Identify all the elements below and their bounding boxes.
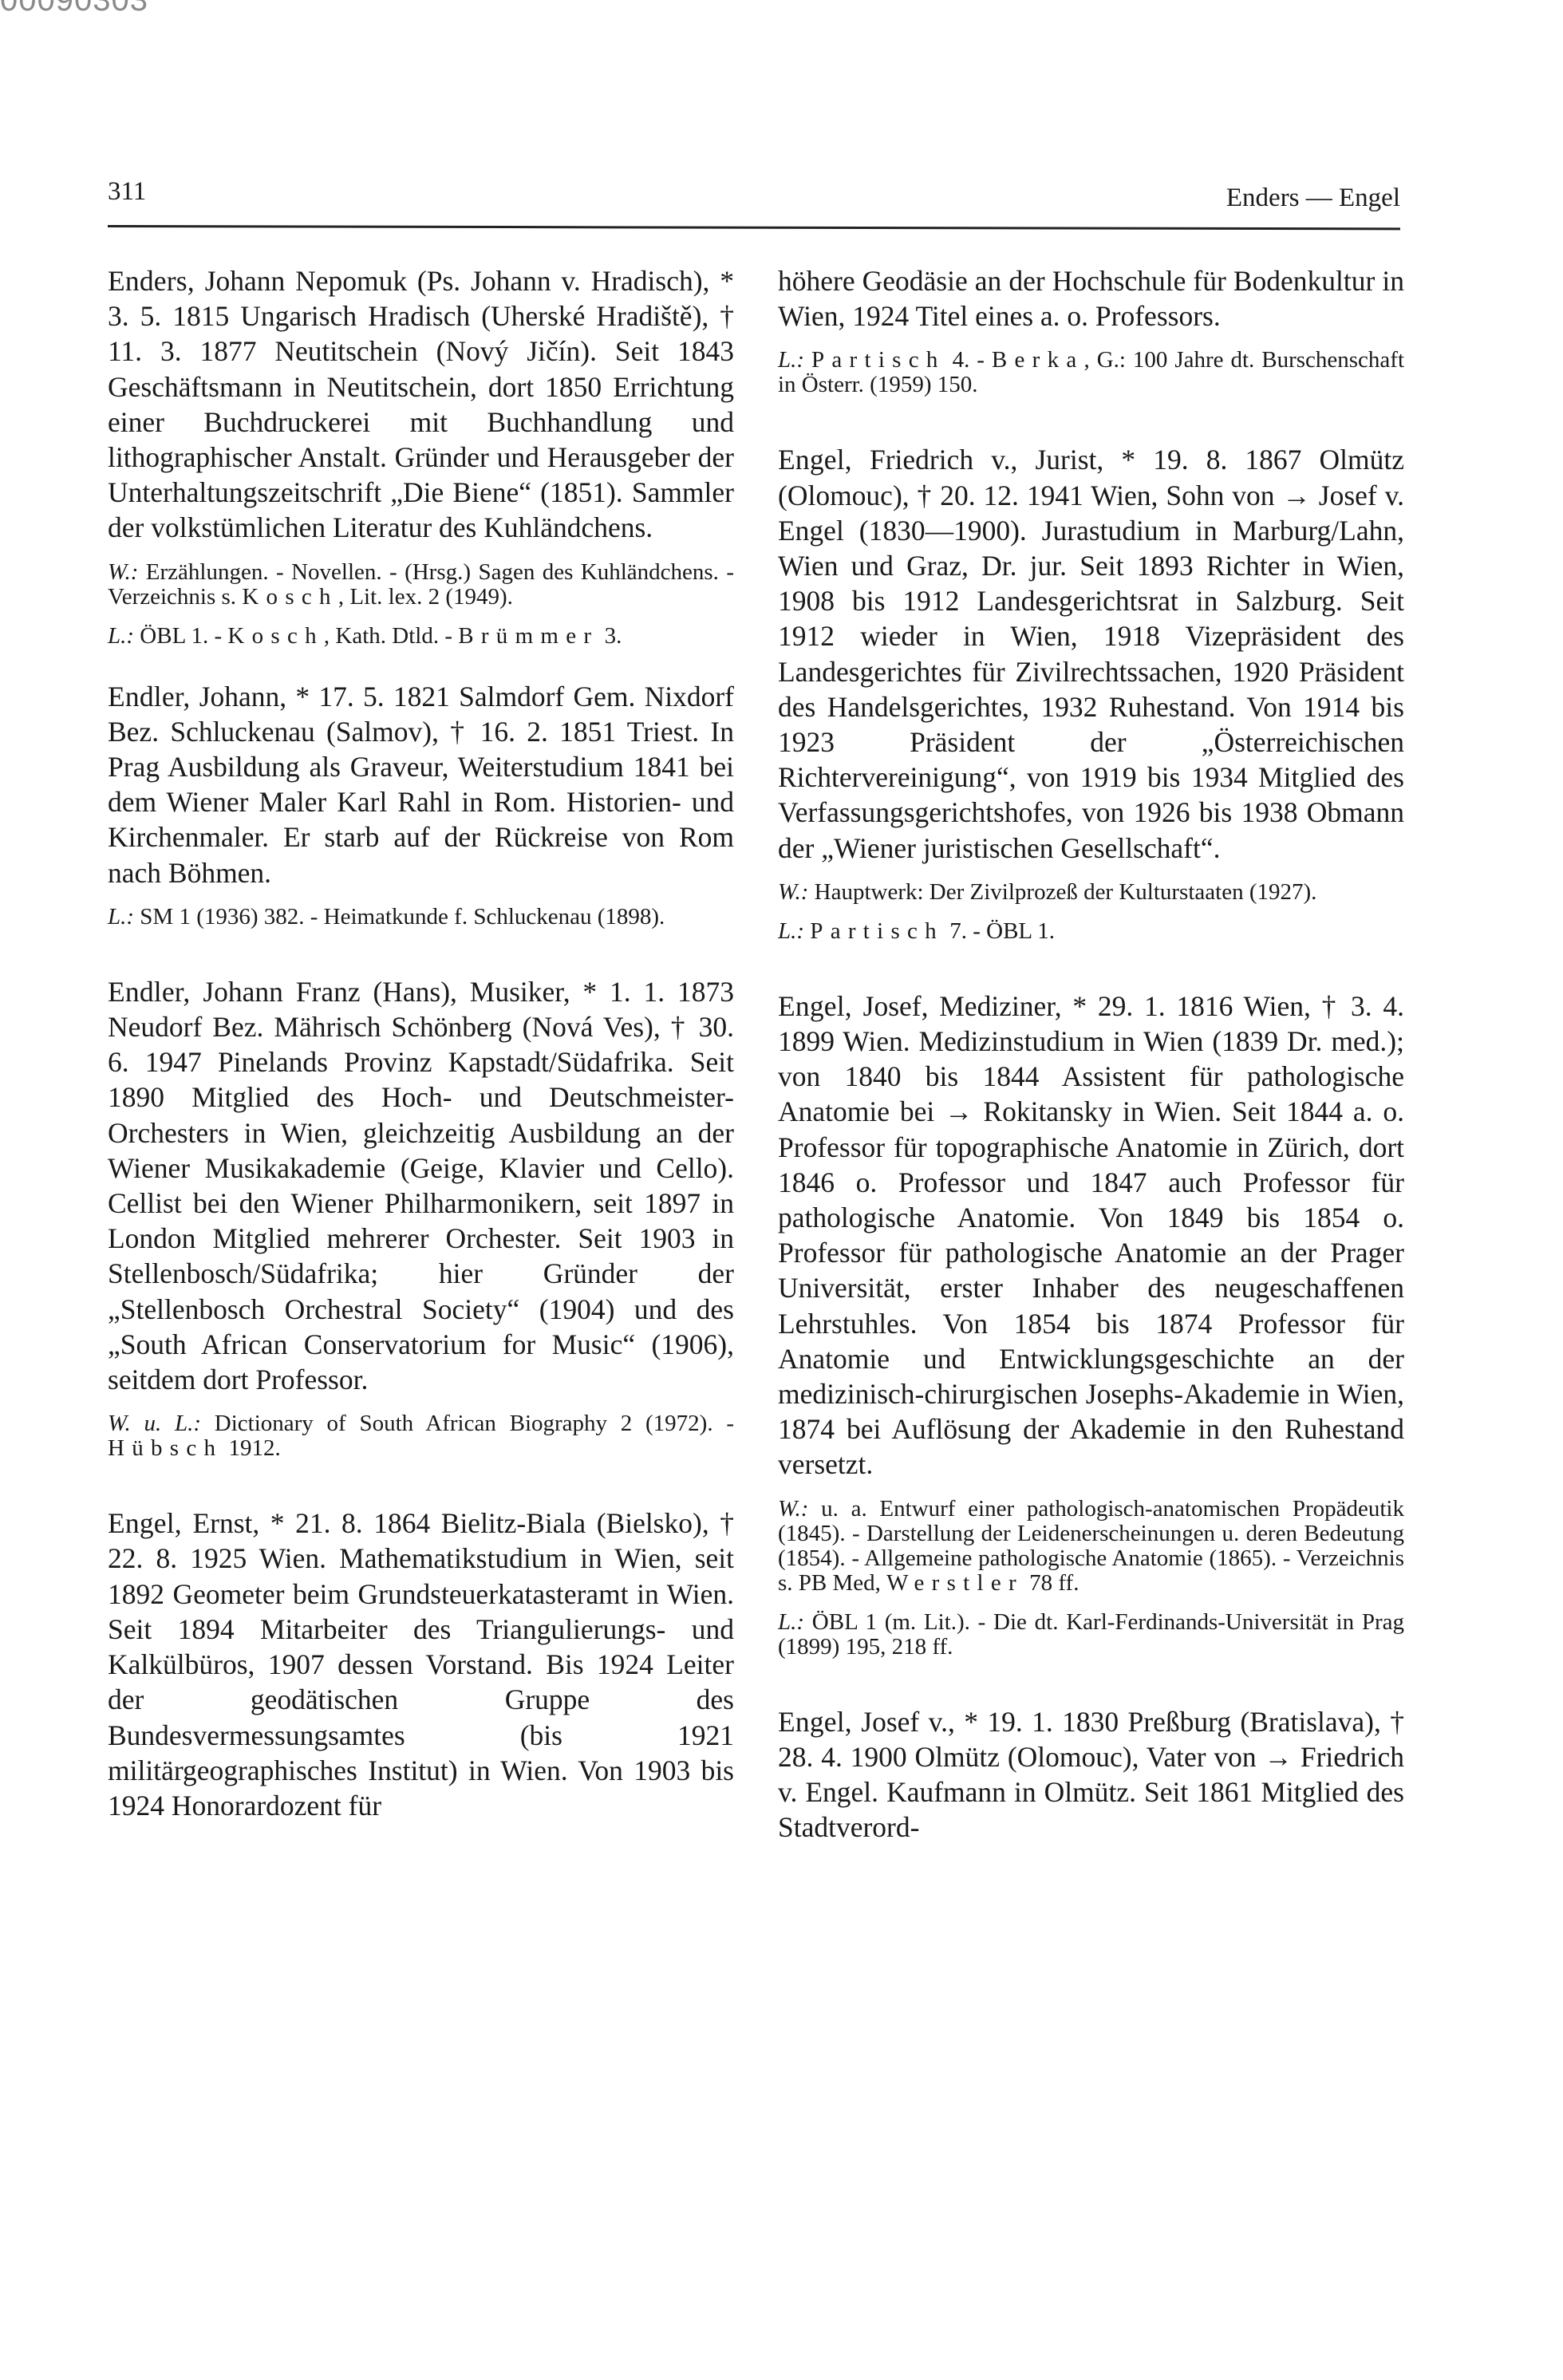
literature-reference: L.: ÖBL 1 (m. Lit.). - Die dt. Karl-Ferd… xyxy=(778,1610,1404,1660)
running-head: 311 Enders — Engel xyxy=(108,177,1400,212)
entry-endler-johann: Endler, Johann, * 17. 5. 1821 Salmdorf G… xyxy=(108,679,734,930)
works-reference: W.: u. a. Entwurf einer pathologisch-ana… xyxy=(778,1497,1404,1596)
literature-reference: L.: ÖBL 1. - Kosch, Kath. Dtld. - Brümme… xyxy=(108,624,734,649)
entry-body: höhere Geodäsie an der Hochschule für Bo… xyxy=(778,263,1404,334)
entry-body: Endler, Johann, * 17. 5. 1821 Salmdorf G… xyxy=(108,679,734,890)
literature-reference: L.: Partisch 7. - ÖBL 1. xyxy=(778,919,1404,944)
entry-lemma: Engel, xyxy=(778,990,852,1022)
entry-enders-johann-nepomuk: Enders, Johann Nepomuk (Ps. Johann v. Hr… xyxy=(108,263,734,649)
entry-lemma: Engel, xyxy=(108,1507,182,1539)
works-and-literature-reference: W. u. L.: Dictionary of South African Bi… xyxy=(108,1411,734,1461)
entry-lemma: Engel, xyxy=(778,444,852,476)
entry-engel-friedrich: Engel, Friedrich v., Jurist, * 19. 8. 18… xyxy=(778,442,1404,943)
entry-body: Engel, Friedrich v., Jurist, * 19. 8. 18… xyxy=(778,442,1404,865)
entry-body: Engel, Josef, Mediziner, * 29. 1. 1816 W… xyxy=(778,989,1404,1482)
header-rule xyxy=(108,225,1400,230)
entry-lemma: Endler, xyxy=(108,681,190,712)
entry-body: Engel, Josef v., * 19. 1. 1830 Preßburg … xyxy=(778,1704,1404,1845)
entry-engel-ernst-continued: höhere Geodäsie an der Hochschule für Bo… xyxy=(778,263,1404,397)
literature-reference: L.: Partisch 4. - Berka, G.: 100 Jahre d… xyxy=(778,348,1404,397)
entry-lemma: Endler, xyxy=(108,976,190,1008)
left-column: Enders, Johann Nepomuk (Ps. Johann v. Hr… xyxy=(108,263,734,1853)
entry-engel-josef-v: Engel, Josef v., * 19. 1. 1830 Preßburg … xyxy=(778,1704,1404,1845)
entry-engel-josef: Engel, Josef, Mediziner, * 29. 1. 1816 W… xyxy=(778,989,1404,1660)
entry-endler-johann-franz: Endler, Johann Franz (Hans), Musiker, * … xyxy=(108,974,734,1461)
entry-body: Engel, Ernst, * 21. 8. 1864 Bielitz-Bial… xyxy=(108,1506,734,1823)
entry-engel-ernst: Engel, Ernst, * 21. 8. 1864 Bielitz-Bial… xyxy=(108,1506,734,1823)
page-number: 311 xyxy=(108,177,146,207)
works-reference: W.: Erzählungen. - Novellen. - (Hrsg.) S… xyxy=(108,560,734,610)
running-title: Enders — Engel xyxy=(1226,184,1400,213)
entry-lemma: Enders, xyxy=(108,265,195,297)
literature-reference: L.: SM 1 (1936) 382. - Heimatkunde f. Sc… xyxy=(108,905,734,930)
entry-body: Endler, Johann Franz (Hans), Musiker, * … xyxy=(108,974,734,1397)
entry-body: Enders, Johann Nepomuk (Ps. Johann v. Hr… xyxy=(108,263,734,546)
entry-lemma: Engel, xyxy=(778,1706,852,1738)
works-reference: W.: Hauptwerk: Der Zivilprozeß der Kultu… xyxy=(778,880,1404,905)
right-column: höhere Geodäsie an der Hochschule für Bo… xyxy=(778,263,1404,1876)
scan-id: 00090303 xyxy=(0,0,148,18)
